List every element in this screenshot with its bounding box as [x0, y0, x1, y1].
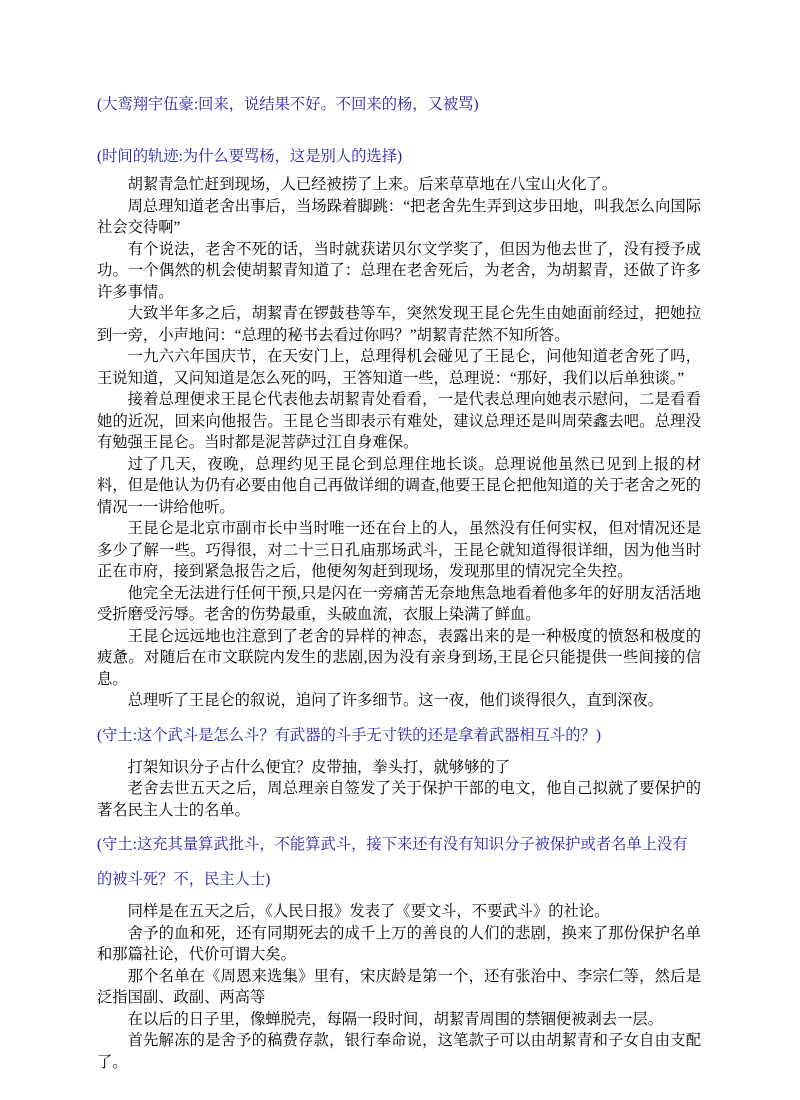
body-paragraph: 同样是在五天之后，《人民日报》发表了《要文斗，不要武斗》的社论。	[97, 901, 701, 923]
body-paragraph: 接着总理便求王昆仑代表他去胡絜青处看看，一是代表总理向她表示慰问，二是看看她的近…	[97, 389, 701, 454]
body-paragraph: 过了几天，夜晚，总理约见王昆仑到总理住地长谈。总理说他虽然已见到上报的材料，但是…	[97, 454, 701, 519]
body-paragraph: 那个名单在《周恩来选集》里有，宋庆龄是第一个，还有张治中、李宗仁等，然后是泛指国…	[97, 966, 701, 1009]
annotation-line: (守土:这充其量算武批斗，不能算武斗，接下来还有没有知识分子被保护或者名单上没有…	[97, 827, 701, 897]
body-paragraph: 在以后的日子里，像蝉脱壳，每隔一段时间，胡絜青周围的禁锢便被剥去一层。	[97, 1009, 701, 1031]
body-paragraph: 大致半年多之后，胡絜青在锣鼓巷等车，突然发现王昆仑先生由她面前经过，把她拉到一旁…	[97, 303, 701, 346]
body-paragraph: 老舍去世五天之后，周总理亲自签发了关于保护干部的电文，他自己拟就了要保护的著名民…	[97, 778, 701, 821]
body-paragraph: 一九六六年国庆节，在天安门上，总理得机会碰见了王昆仑，问他知道老舍死了吗，王说知…	[97, 346, 701, 389]
body-paragraph: 打架知识分子占什么便宜？皮带抽，拳头打，就够够的了	[97, 757, 701, 779]
annotation-line: (时间的轨迹:为什么要骂杨，这是别人的选择)	[97, 139, 701, 174]
annotation-line: (大鸾翔宇伍豪:回来，说结果不好。不回来的杨，又被骂)	[97, 87, 701, 122]
body-paragraph: 王昆仑远远地也注意到了老舍的异样的神态，表露出来的是一种极度的愤怒和极度的疲惫。…	[97, 626, 701, 691]
body-paragraph: 舍予的血和死，还有同期死去的成千上万的善良的人们的悲剧，换来了那份保护名单和那篇…	[97, 923, 701, 966]
body-paragraph: 有个说法，老舍不死的话，当时就获诺贝尔文学奖了，但因为他去世了，没有授予成功。一…	[97, 239, 701, 304]
body-paragraph: 王昆仑是北京市副市长中当时唯一还在台上的人，虽然没有任何实权，但对情况还是多少了…	[97, 518, 701, 583]
body-paragraph: 胡絜青急忙赶到现场，人已经被捞了上来。后来草草地在八宝山火化了。	[97, 174, 701, 196]
body-paragraph: 首先解冻的是舍予的稿费存款，银行奉命说，这笔款子可以由胡絜青和子女自由支配了。	[97, 1030, 701, 1073]
body-paragraph: 他完全无法进行任何干预,只是闪在一旁痛苦无奈地焦急地看着他多年的好朋友活活地受折…	[97, 583, 701, 626]
body-paragraph: 总理听了王昆仑的叙说，追问了许多细节。这一夜，他们谈得很久，直到深夜。	[97, 690, 701, 712]
annotation-line: (守土:这个武斗是怎么斗？有武器的斗手无寸铁的还是拿着武器相互斗的？)	[97, 718, 701, 753]
document-page: (大鸾翔宇伍豪:回来，说结果不好。不回来的杨，又被骂) (时间的轨迹:为什么要骂…	[0, 0, 800, 1100]
body-paragraph: 周总理知道老舍出事后，当场跺着脚跳：“把老舍先生弄到这步田地，叫我怎么向国际社会…	[97, 196, 701, 239]
